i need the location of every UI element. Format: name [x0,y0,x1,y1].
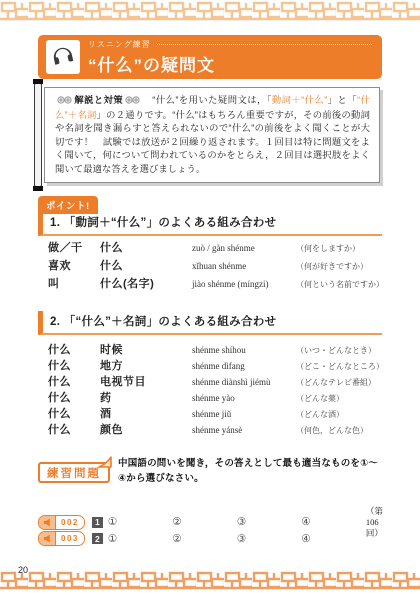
chinese-word: 什么 [48,389,100,405]
lesson-header: リスニング練習 “什么”の疑問文 [38,35,382,79]
pinyin: shénme shíhou [192,345,296,355]
word-row: 什么 电视节目 shénme diànshì jiémù （どんなテレビ番組） [48,373,382,389]
japanese-gloss: （何をしますか） [296,243,382,254]
chinese-word: 什么 [100,239,192,255]
chinese-word: 什么 [48,341,100,357]
scroll-rod-icon [34,83,42,187]
explanation-scroll-box: 解説と対策 “什么”を用いた疑問文は，「動詞＋“什么”」と「“什么”＋名詞」の２… [44,87,380,183]
audio-track-badge: 003 [38,531,85,546]
explanation-text: 解説と対策 “什么”を用いた疑問文は，「動詞＋“什么”」と「“什么”＋名詞」の２… [55,94,370,176]
pinyin: shénme diànshì jiémù [192,377,296,387]
japanese-gloss: （何色，どんな色） [296,425,382,436]
practice-instruction: 中国語の問いを聞き，その答えとして最も適当なものを①～④から選びなさい。 [118,457,386,486]
option-4: ④ [301,516,366,528]
chinese-word: 做／干 [48,239,100,255]
chinese-word: 什么 [48,421,100,437]
lattice-border-top [0,0,420,27]
chinese-word: 时候 [100,341,192,357]
explanation-body: “什么”を用いた疑問文は，「動詞＋“什么”」と「“什么”＋名詞」の２通りです。“… [55,95,370,174]
chinese-word: 喜欢 [48,257,100,273]
japanese-gloss: （何が好きですか） [296,261,382,272]
speaker-icon [39,516,56,529]
practice-badge: 練習問題 [38,462,110,483]
option-2: ② [172,533,237,545]
chinese-word: 颜色 [100,421,192,437]
pinyin: shénme yánsè [192,425,296,435]
word-row: 什么 酒 shénme jiǔ （どんな酒） [48,405,382,421]
section2-word-list: 什么 时候 shénme shíhou （いつ・どんなとき） 什么 地方 shé… [48,341,382,437]
option-4: ④ [301,533,366,545]
word-row: 做／干 什么 zuò / gàn shénme （何をしますか） [48,239,382,257]
word-row: 喜欢 什么 xǐhuan shénme （何が好きですか） [48,257,382,275]
chinese-word: 什么 [48,405,100,421]
audio-track-number: 003 [56,534,84,543]
japanese-gloss: （何という名前ですか） [296,279,382,290]
scroll-ornament-icon [57,95,72,109]
page-fold-icon [98,456,112,471]
question-number: 2 [92,533,103,544]
pinyin: xǐhuan shénme [192,261,296,271]
word-row: 叫 什么(名字) jiào shénme (míngzi) （何という名前ですか… [48,275,382,293]
headphones-icon [46,40,80,74]
section1-title: 1. 「動詞＋“什么”」のよくある組み合わせ [38,212,382,236]
chinese-word: 电视节目 [100,373,192,389]
explanation-heading: 解説と対策 [74,95,123,105]
word-row: 什么 颜色 shénme yánsè （何色，どんな色） [48,421,382,437]
word-row: 什么 时候 shénme shíhou （いつ・どんなとき） [48,341,382,357]
chinese-word: 什么(名字) [100,275,192,291]
audio-track-badge: 002 [38,515,85,530]
section1-word-list: 做／干 什么 zuò / gàn shénme （何をしますか） 喜欢 什么 x… [48,239,382,293]
japanese-gloss: （どこ・どんなところ） [296,361,382,372]
textbook-page: リスニング練習 “什么”の疑問文 解説と対策 “什么”を用いた疑問文は，「動詞＋… [0,0,420,596]
chinese-word: 什么 [48,373,100,389]
question-number: 1 [92,517,103,528]
chinese-word: 什么 [100,257,192,273]
chinese-word: 叫 [48,275,100,291]
option-1: ① [108,516,173,528]
pinyin: jiào shénme (míngzi) [192,279,296,289]
japanese-gloss: （どんな薬） [296,393,382,404]
word-row: 什么 地方 shénme dìfang （どこ・どんなところ） [48,357,382,373]
japanese-gloss: （どんなテレビ番組） [296,377,382,388]
chinese-word: 什么 [48,357,100,373]
speaker-icon [39,532,56,545]
option-1: ① [108,533,173,545]
pinyin: shénme dìfang [192,361,296,371]
option-2: ② [172,516,237,528]
pinyin: shénme jiǔ [192,409,296,419]
chinese-word: 地方 [100,357,192,373]
header-text: リスニング練習 “什么”の疑問文 [88,39,374,76]
pinyin: zuò / gàn shénme [192,243,296,253]
pinyin: shénme yào [192,393,296,403]
scroll-ornament-icon [125,95,140,109]
japanese-gloss: （どんな酒） [296,409,382,420]
chinese-word: 药 [100,389,192,405]
page-title: “什么”の疑問文 [88,51,374,76]
chinese-word: 酒 [100,405,192,421]
option-3: ③ [237,516,302,528]
option-3: ③ [237,533,302,545]
lattice-border-bottom [0,571,420,596]
audio-track-number: 002 [56,518,84,527]
japanese-gloss: （いつ・どんなとき） [296,345,382,356]
section2-title: 2. 「“什么”＋名詞」のよくある組み合わせ [38,311,382,335]
word-row: 什么 药 shénme yào （どんな薬） [48,389,382,405]
practice-row-2: 003 2 ① ② ③ ④ [38,531,390,546]
lesson-category: リスニング練習 [88,39,374,50]
practice-badge-label: 練習問題 [47,465,101,481]
